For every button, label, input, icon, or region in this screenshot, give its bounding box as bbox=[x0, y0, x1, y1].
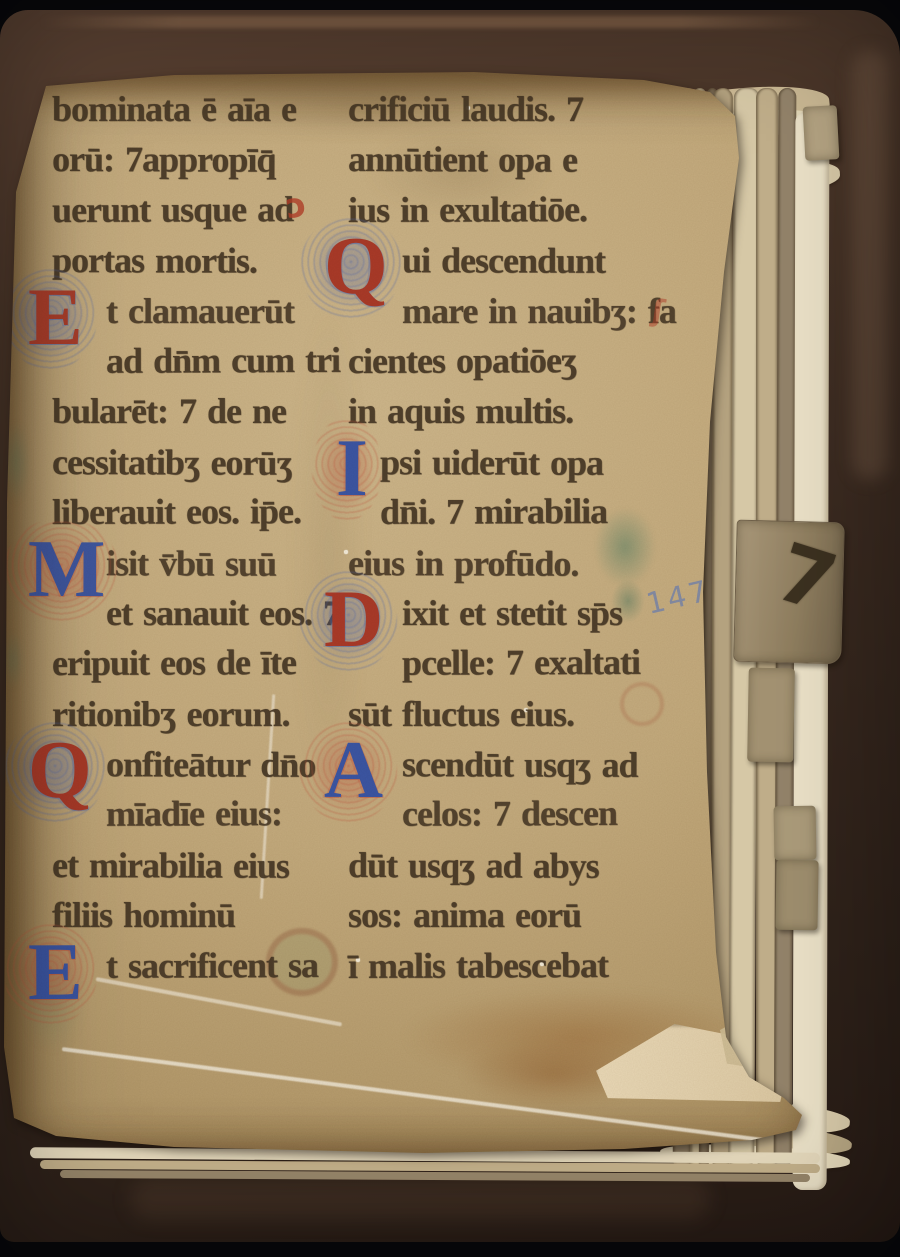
text-line: Dixit et stetit sp̄s bbox=[348, 588, 650, 638]
text-line: ius in exultatiōe. bbox=[348, 184, 650, 236]
line-text: celos: 7 descen bbox=[348, 788, 617, 839]
text-line: orū: 7appropīq̄ bbox=[52, 134, 344, 185]
text-line: dūt usqʒ ad abys bbox=[348, 840, 650, 891]
text-line: in aquis multis. bbox=[348, 386, 650, 436]
line-text: dn̄i. 7 mirabilia bbox=[348, 486, 607, 537]
line-text: mīadīe eius: bbox=[52, 789, 282, 840]
text-line: filiis hominū bbox=[52, 890, 344, 940]
versal-initial-D: D bbox=[324, 584, 383, 654]
text-line: sūt fluctus eius. bbox=[348, 689, 650, 739]
text-line: Qui descendunt bbox=[348, 235, 650, 286]
text-line: ritionibʒ eorum. bbox=[52, 689, 344, 739]
line-text: cientes opatiōeʒ bbox=[348, 335, 577, 386]
text-line: Et sacrificent sa bbox=[52, 940, 344, 992]
tab-numeral: 7 bbox=[768, 532, 845, 625]
line-text: annūtient opa e bbox=[348, 134, 577, 185]
text-line: sos: anima eorū bbox=[348, 890, 650, 940]
text-line: Ipsi uiderūt opa bbox=[348, 437, 650, 488]
text-line: crificiū laudis. 7 bbox=[348, 84, 650, 134]
manuscript-photo: bominata ē aīa eorū: 7appropīq̄uerunt us… bbox=[0, 0, 900, 1257]
line-text: orū: 7appropīq̄ bbox=[52, 134, 276, 185]
text-line: Et clamauerūt bbox=[52, 286, 344, 336]
versal-initial-E: E bbox=[28, 937, 83, 1007]
line-text: ad dn̄m cum tri bbox=[52, 335, 340, 387]
line-text: dūt usqʒ ad abys bbox=[348, 840, 599, 891]
parchment-tab bbox=[803, 105, 840, 161]
torn-corner-underpage bbox=[720, 1002, 806, 1072]
line-text: psi uiderūt opa bbox=[348, 437, 603, 488]
parchment-tab bbox=[774, 806, 817, 861]
line-text: ī malis tabescebat bbox=[348, 940, 608, 991]
line-text: crificiū laudis. 7 bbox=[348, 84, 583, 134]
line-text: et sanauit eos. 7 bbox=[52, 588, 340, 638]
text-line: pcelle: 7 exaltati bbox=[348, 637, 650, 689]
line-text: uerunt usque ad bbox=[52, 184, 293, 235]
line-text: in aquis multis. bbox=[348, 386, 573, 436]
text-line: bominata ē aīa e bbox=[52, 84, 344, 134]
text-line: dn̄i. 7 mirabilia bbox=[348, 486, 650, 538]
text-line: ad dn̄m cum tri bbox=[52, 335, 344, 387]
parchment-tab bbox=[747, 668, 795, 763]
line-text: mare in nauibʒ: fa bbox=[348, 286, 676, 336]
text-line: annūtient opa e bbox=[348, 134, 650, 185]
stain-green bbox=[0, 402, 36, 522]
text-line: et mirabilia eius bbox=[52, 840, 344, 891]
stain-green bbox=[0, 617, 28, 703]
text-line: mīadīe eius: bbox=[52, 788, 344, 840]
text-line: eius in profūdo. bbox=[348, 538, 650, 589]
parchment-tab bbox=[775, 860, 818, 931]
line-text: bominata ē aīa e bbox=[52, 84, 296, 134]
index-tab: 7 bbox=[733, 520, 845, 665]
text-line: cessitatibʒ eorūʒ bbox=[52, 437, 344, 488]
text-column-right: crificiū laudis. 7annūtient opa eius in … bbox=[348, 84, 650, 991]
line-text: et mirabilia eius bbox=[52, 840, 289, 891]
text-line: eripuit eos de īte bbox=[52, 637, 344, 689]
line-text: sos: anima eorū bbox=[348, 890, 581, 940]
text-line: cientes opatiōeʒ bbox=[348, 335, 650, 387]
text-line: celos: 7 descen bbox=[348, 788, 650, 840]
line-text: bularēt: 7 de ne bbox=[52, 386, 286, 436]
line-text: eripuit eos de īte bbox=[52, 637, 296, 688]
text-line: Ascendūt usqʒ ad bbox=[348, 739, 650, 790]
text-line: Misit v̄bū suū bbox=[52, 538, 344, 589]
folio-number: 147 bbox=[643, 573, 713, 621]
torn-corner-underpage bbox=[596, 1024, 792, 1102]
text-line: mare in nauibʒ: fa bbox=[348, 286, 650, 336]
text-line: ī malis tabescebat bbox=[348, 939, 650, 991]
manuscript-page: bominata ē aīa eorū: 7appropīq̄uerunt us… bbox=[4, 72, 835, 1170]
text-line: bularēt: 7 de ne bbox=[52, 386, 344, 436]
line-text: pcelle: 7 exaltati bbox=[348, 637, 640, 689]
line-text: cessitatibʒ eorūʒ bbox=[52, 437, 292, 488]
